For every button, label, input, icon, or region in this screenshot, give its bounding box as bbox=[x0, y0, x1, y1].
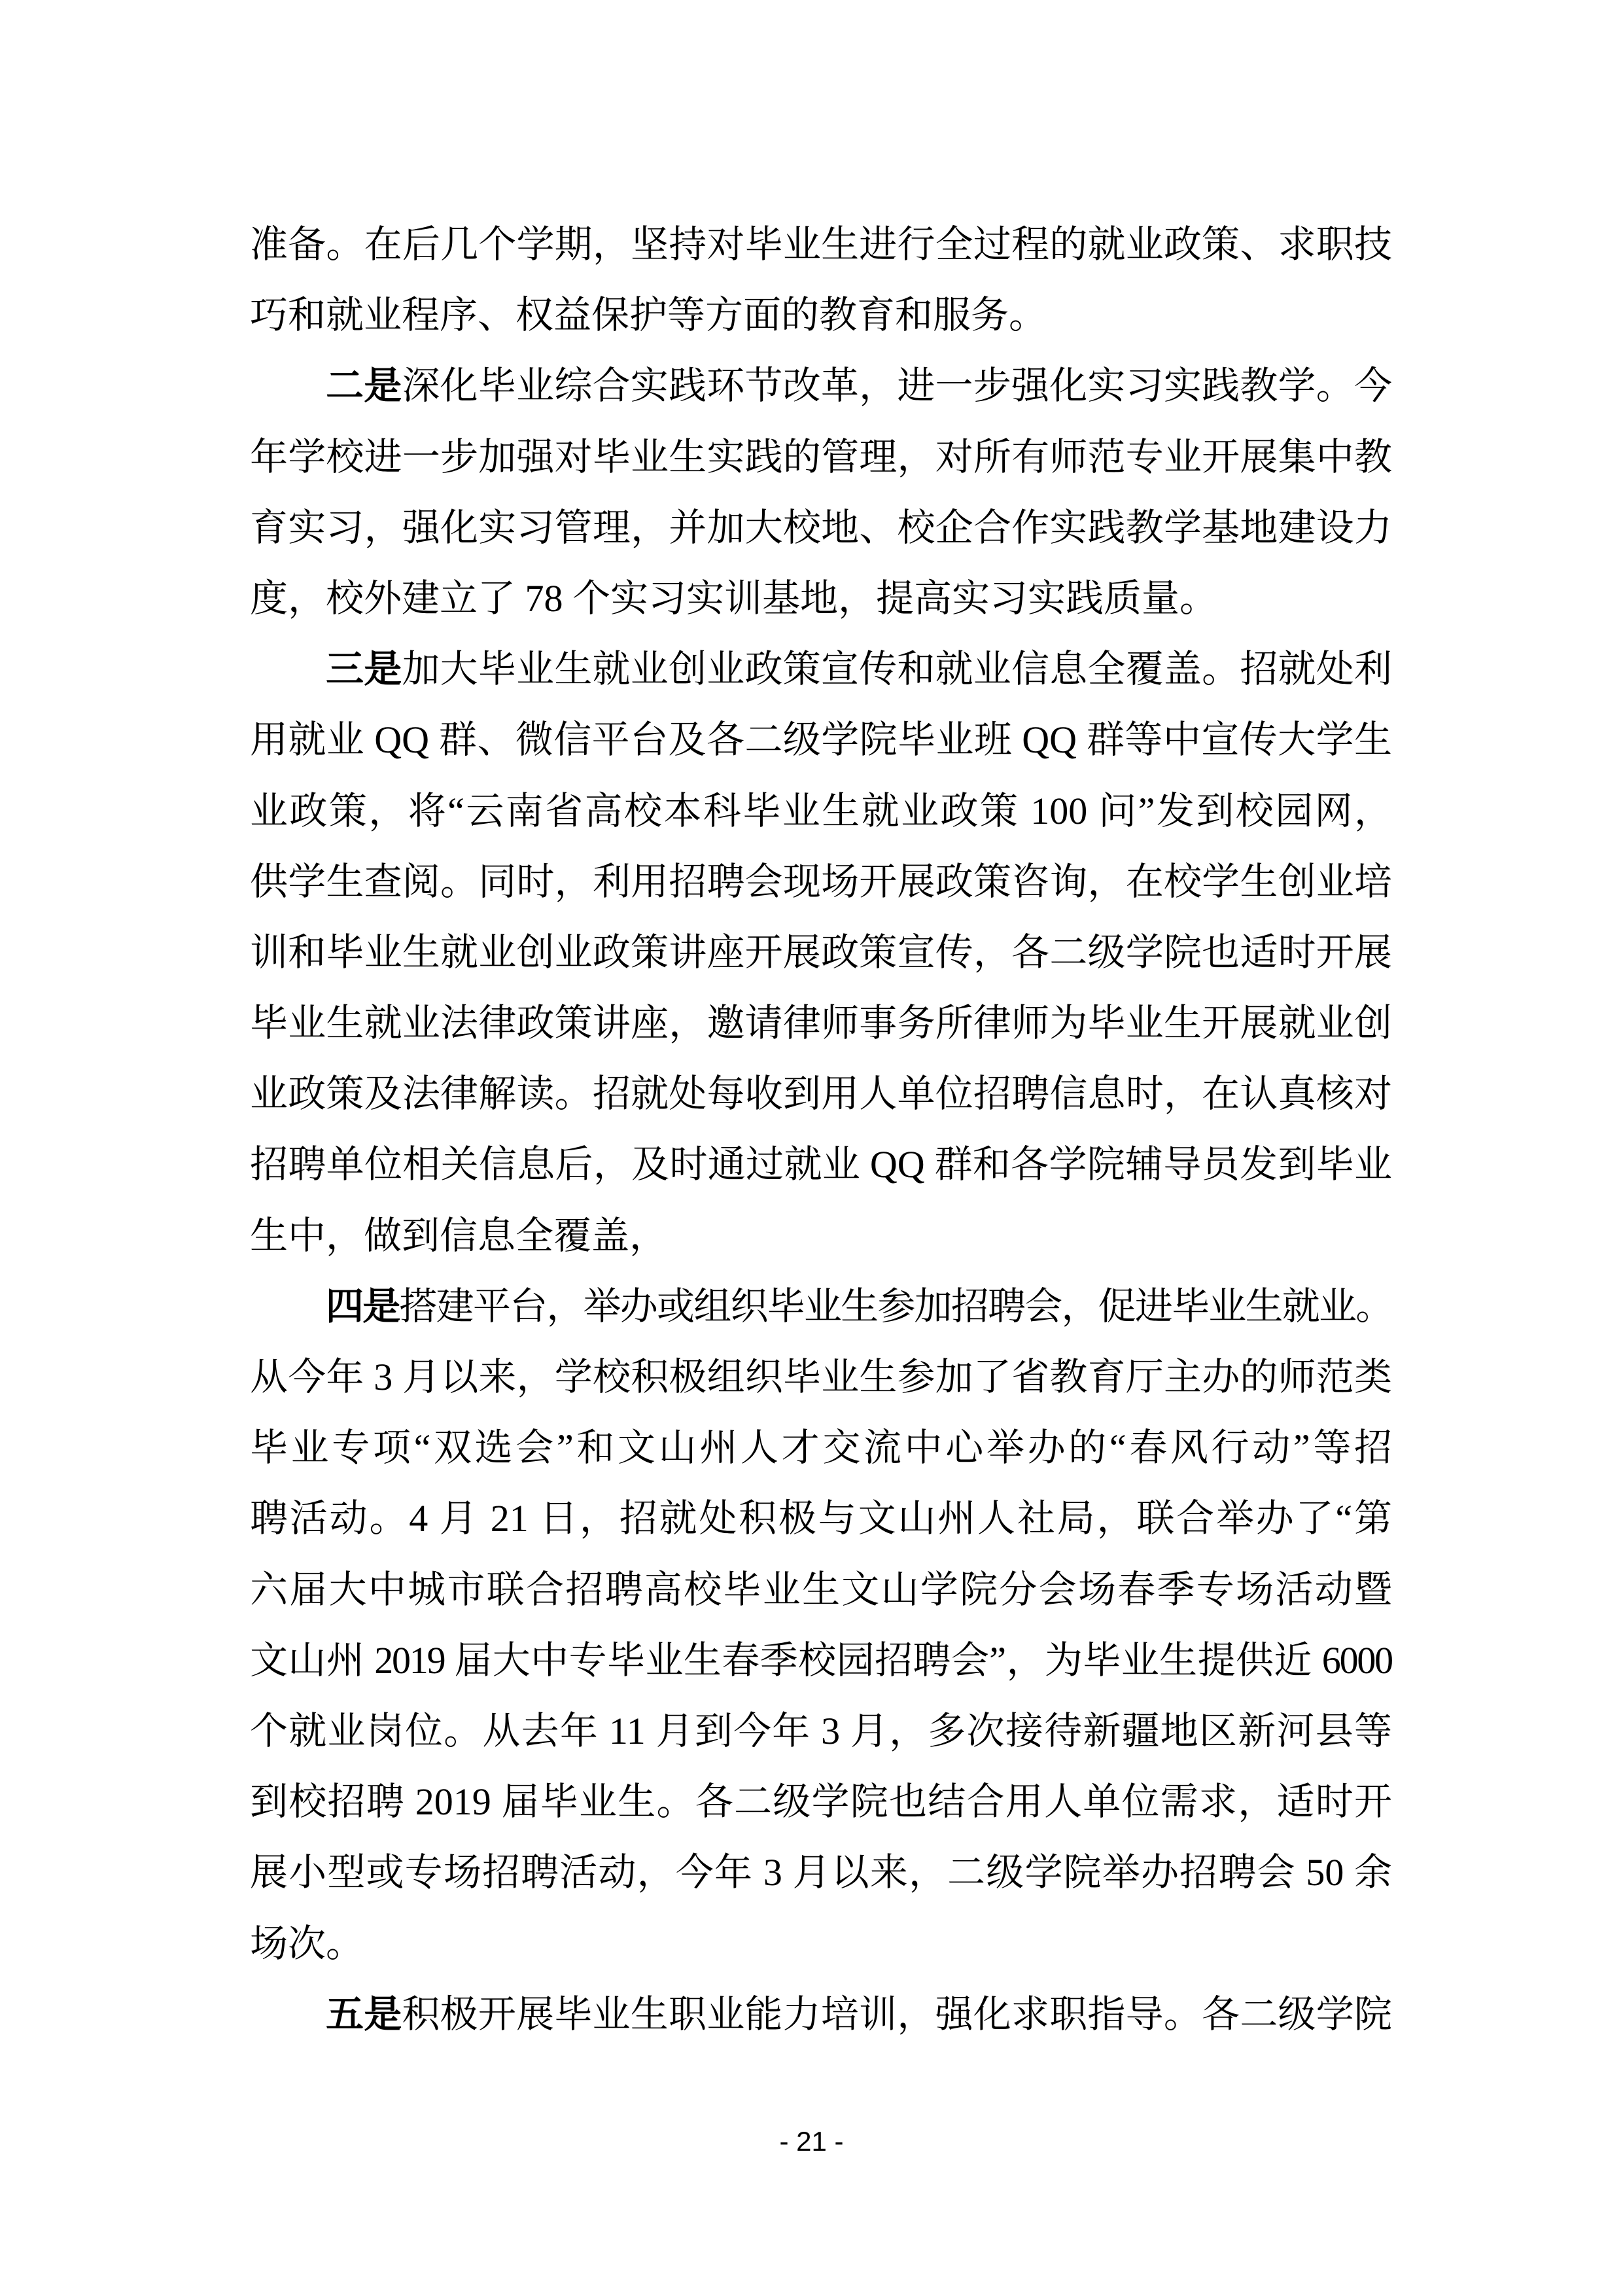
paragraph-lead: 二是 bbox=[326, 364, 402, 407]
text-line: 聘活动。4 月 21 日，招就处积极与文山州人社局，联合举办了“第 bbox=[250, 1483, 1392, 1554]
text-line: 供学生查阅。同时，利用招聘会现场开展政策咨询，在校学生创业培 bbox=[250, 847, 1392, 917]
paragraph-lead: 三是 bbox=[326, 648, 402, 690]
text-line: 招聘单位相关信息后，及时通过就业 QQ 群和各学院辅导员发到毕业 bbox=[250, 1129, 1392, 1200]
text-line: 从今年 3 月以来，学校积极组织毕业生参加了省教育厅主办的师范类 bbox=[250, 1342, 1392, 1413]
paragraph-lead: 五是 bbox=[326, 1993, 402, 2036]
text-line: 二是深化毕业综合实践环节改革，进一步强化实习实践教学。今 bbox=[250, 351, 1392, 421]
text-line: 场次。 bbox=[250, 1909, 1392, 1979]
text-line: 三是加大毕业生就业创业政策宣传和就业信息全覆盖。招就处利 bbox=[250, 634, 1392, 705]
paragraph-lead: 四是 bbox=[326, 1285, 399, 1328]
text-line: 巧和就业程序、权益保护等方面的教育和服务。 bbox=[250, 280, 1392, 351]
text-line: 文山州 2019 届大中专毕业生春季校园招聘会”，为毕业生提供近 6000 bbox=[250, 1625, 1392, 1696]
text-line: 毕业专项“双选会”和文山州人才交流中心举办的“春风行动”等招 bbox=[250, 1413, 1392, 1483]
document-page: 准备。在后几个学期，坚持对毕业生进行全过程的就业政策、求职技巧和就业程序、权益保… bbox=[0, 0, 1623, 2296]
text-line: 展小型或专场招聘活动，今年 3 月以来，二级学院举办招聘会 50 余 bbox=[250, 1837, 1392, 1908]
text-line: 个就业岗位。从去年 11 月到今年 3 月，多次接待新疆地区新河县等 bbox=[250, 1696, 1392, 1767]
document-body: 准备。在后几个学期，坚持对毕业生进行全过程的就业政策、求职技巧和就业程序、权益保… bbox=[250, 209, 1392, 2050]
paragraph-text: 深化毕业综合实践环节改革，进一步强化实习实践教学。今 bbox=[402, 364, 1392, 407]
text-line: 用就业 QQ 群、微信平台及各二级学院毕业班 QQ 群等中宣传大学生就 bbox=[250, 705, 1392, 775]
paragraph-text: 加大毕业生就业创业政策宣传和就业信息全覆盖。招就处利 bbox=[402, 648, 1392, 690]
text-line: 生中，做到信息全覆盖， bbox=[250, 1201, 1392, 1271]
text-line: 业政策及法律解读。招就处每收到用人单位招聘信息时，在认真核对 bbox=[250, 1059, 1392, 1129]
page-number: - 21 - bbox=[0, 2125, 1623, 2158]
text-line: 四是搭建平台，举办或组织毕业生参加招聘会，促进毕业生就业。 bbox=[250, 1271, 1392, 1342]
text-line: 训和毕业生就业创业政策讲座开展政策宣传，各二级学院也适时开展 bbox=[250, 917, 1392, 988]
text-line: 准备。在后几个学期，坚持对毕业生进行全过程的就业政策、求职技 bbox=[250, 209, 1392, 280]
paragraph-text: 搭建平台，举办或组织毕业生参加招聘会，促进毕业生就业。 bbox=[399, 1285, 1392, 1328]
text-line: 度，校外建立了 78 个实习实训基地，提高实习实践质量。 bbox=[250, 563, 1392, 634]
text-line: 年学校进一步加强对毕业生实践的管理，对所有师范专业开展集中教 bbox=[250, 422, 1392, 493]
text-line: 到校招聘 2019 届毕业生。各二级学院也结合用人单位需求，适时开 bbox=[250, 1767, 1392, 1837]
paragraph-text: 积极开展毕业生职业能力培训，强化求职指导。各二级学院 bbox=[402, 1993, 1392, 2036]
text-line: 六届大中城市联合招聘高校毕业生文山学院分会场春季专场活动暨 bbox=[250, 1555, 1392, 1625]
text-line: 业政策，将“云南省高校本科毕业生就业政策 100 问”发到校园网， bbox=[250, 776, 1392, 847]
text-line: 育实习，强化实习管理，并加大校地、校企合作实践教学基地建设力 bbox=[250, 493, 1392, 563]
text-line: 五是积极开展毕业生职业能力培训，强化求职指导。各二级学院 bbox=[250, 1979, 1392, 2050]
text-line: 毕业生就业法律政策讲座，邀请律师事务所律师为毕业生开展就业创 bbox=[250, 988, 1392, 1059]
